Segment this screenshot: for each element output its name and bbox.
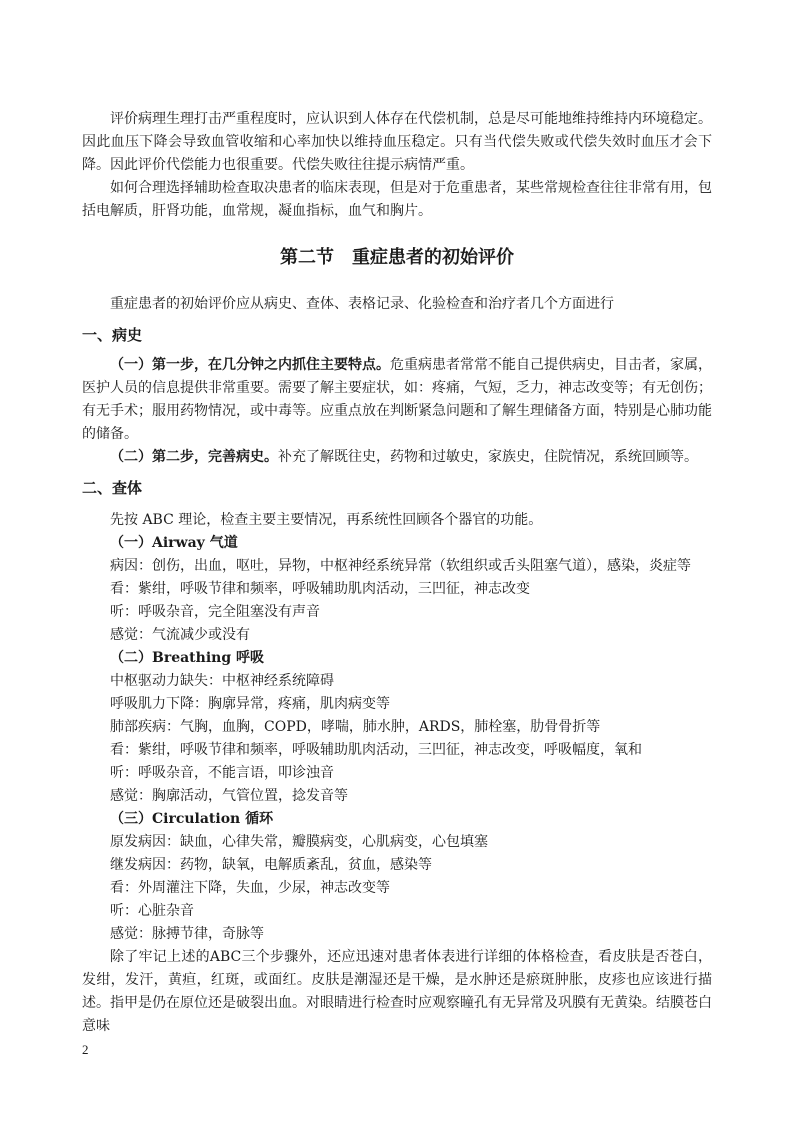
history-step1-label: （一）第一步，在几分钟之内抓住主要特点。	[110, 357, 390, 373]
circulation-line: 感觉：脉搏节律，奇脉等	[82, 923, 712, 946]
circulation-line: 继发病因：药物，缺氧，电解质紊乱，贫血，感染等	[82, 854, 712, 877]
breathing-line: 中枢驱动力缺失：中枢神经系统障碍	[82, 670, 712, 693]
exam-heading: 二、查体	[82, 475, 712, 501]
intro-paragraph-1: 评价病理生理打击严重程度时，应认识到人体存在代偿机制，总是尽可能地维持维持内环境…	[82, 108, 712, 177]
history-heading: 一、病史	[82, 322, 712, 348]
breathing-line: 呼吸肌力下降：胸廓异常，疼痛，肌肉病变等	[82, 693, 712, 716]
exam-closing-paragraph: 除了牢记上述的ABC三个步骤外，还应迅速对患者体表进行详细的体格检查，看皮肤是否…	[82, 946, 712, 1038]
airway-line: 感觉：气流减少或没有	[82, 624, 712, 647]
exam-intro: 先按 ABC 理论，检查主要主要情况，再系统性回顾各个器官的功能。	[82, 509, 712, 532]
section-intro: 重症患者的初始评价应从病史、查体、表格记录、化验检查和治疗者几个方面进行	[82, 293, 712, 316]
airway-title: （一）Airway 气道	[82, 532, 712, 555]
circulation-line: 听：心脏杂音	[82, 900, 712, 923]
breathing-line: 听：呼吸杂音，不能言语，叩诊浊音	[82, 762, 712, 785]
page-number: 2	[82, 1042, 89, 1058]
circulation-title: （三）Circulation 循环	[82, 808, 712, 831]
airway-line: 病因：创伤，出血，呕吐，异物，中枢神经系统异常（软组织或舌头阻塞气道），感染，炎…	[82, 555, 712, 578]
history-step2-text: 补充了解既往史，药物和过敏史，家族史，住院情况，系统回顾等。	[278, 449, 698, 465]
breathing-line: 感觉：胸廓活动，气管位置，捻发音等	[82, 785, 712, 808]
breathing-line: 看：紫绀，呼吸节律和频率，呼吸辅助肌肉活动，三凹征，神志改变，呼吸幅度，氧和	[82, 739, 712, 762]
airway-line: 听：呼吸杂音，完全阻塞没有声音	[82, 601, 712, 624]
circulation-line: 原发病因：缺血，心律失常，瓣膜病变，心肌病变，心包填塞	[82, 831, 712, 854]
breathing-title: （二）Breathing 呼吸	[82, 647, 712, 670]
intro-paragraph-2: 如何合理选择辅助检查取决患者的临床表现，但是对于危重患者，某些常规检查往往非常有…	[82, 177, 712, 223]
document-page: 评价病理生理打击严重程度时，应认识到人体存在代偿机制，总是尽可能地维持维持内环境…	[82, 108, 712, 1038]
history-step2-label: （二）第二步，完善病史。	[110, 449, 278, 465]
section-title: 第二节 重症患者的初始评价	[82, 243, 712, 273]
breathing-line: 肺部疾病：气胸，血胸，COPD，哮喘，肺水肿，ARDS，肺栓塞，肋骨骨折等	[82, 716, 712, 739]
history-step2: （二）第二步，完善病史。补充了解既往史，药物和过敏史，家族史，住院情况，系统回顾…	[82, 446, 712, 469]
airway-line: 看：紫绀，呼吸节律和频率，呼吸辅助肌肉活动，三凹征，神志改变	[82, 578, 712, 601]
history-step1: （一）第一步，在几分钟之内抓住主要特点。危重病患者常常不能自己提供病史，目击者，…	[82, 354, 712, 446]
circulation-line: 看：外周灌注下降，失血，少尿，神志改变等	[82, 877, 712, 900]
